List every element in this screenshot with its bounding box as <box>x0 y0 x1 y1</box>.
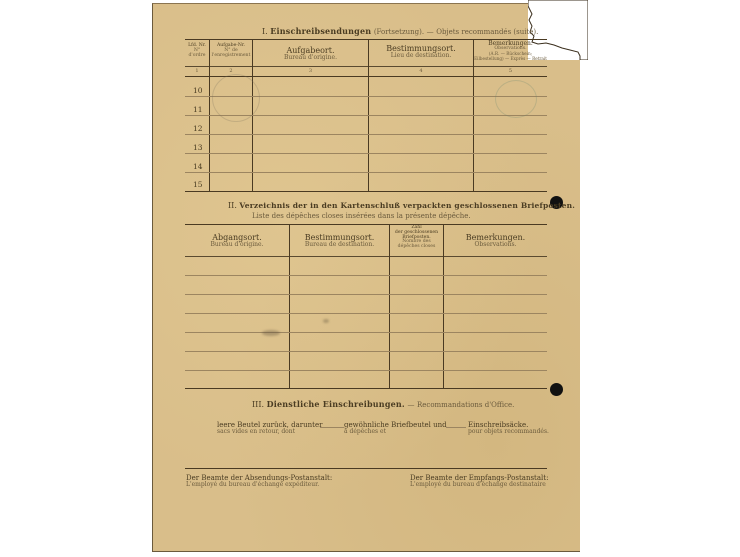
table1-row-line <box>185 153 547 154</box>
table2-row-line <box>185 275 547 276</box>
faint-postmark-stamp <box>495 80 537 118</box>
section1-title: I. Einschreibsendungen (Fortsetzung). — … <box>262 26 538 36</box>
col-number: 1 <box>185 68 209 74</box>
col-number: 2 <box>210 68 252 74</box>
ink-smudge <box>323 319 329 323</box>
section3-title: III. Dienstliche Einschreibungen. — Reco… <box>252 399 514 409</box>
section2-title: II. Verzeichnis der in den Kartenschluß … <box>228 201 575 210</box>
row-number: 11 <box>193 105 203 114</box>
col-number: 3 <box>253 68 368 74</box>
table1-bottom-border <box>185 191 547 192</box>
col-number: 5 <box>474 68 547 74</box>
row-number: 15 <box>193 180 203 189</box>
table2-row-line <box>185 294 547 295</box>
col-header-bemerkungen: Bemerkungen. Observations. <box>444 234 547 249</box>
fill-in-blank <box>446 427 466 428</box>
section3-item-ordinary-bags: gewöhnliche Briefbeutel und à dépêches e… <box>344 421 447 436</box>
table2-row-line <box>185 351 547 352</box>
table2-row-line <box>185 332 547 333</box>
section3-item-registered-bags: Einschreibsäcke. pour objets recommandés… <box>468 421 549 436</box>
table1-row-line <box>185 172 547 173</box>
signature-receiver: Der Beamte der Empfangs-Postanstalt: L'e… <box>410 474 548 489</box>
col-header-aufgabeort: Aufgabeort. Bureau d'origine. <box>253 47 368 62</box>
col-header-abgangsort: Abgangsort. Bureau d'origine. <box>185 234 289 249</box>
signature-divider <box>185 468 547 469</box>
row-number: 12 <box>193 124 203 133</box>
fill-in-blank <box>320 427 344 428</box>
punch-hole <box>550 383 563 396</box>
col-header-lfd-nr: Lfd. Nr. N° d'ordre <box>185 44 209 58</box>
section3-item-empty-bags: leere Beutel zurück, darunter sacs vides… <box>217 421 322 436</box>
table2-top-border <box>185 224 547 225</box>
table2-row-line <box>185 370 547 371</box>
col-header-bemerkungen: Bemerkungen. Observations. (A.R. — Rücks… <box>474 41 547 61</box>
table1-row-line <box>185 134 547 135</box>
col-header-aufgabe-nr: Aufgabe-Nr. N° de l'enregistrement <box>210 44 252 58</box>
table2-header-divider <box>185 256 547 257</box>
col-header-bestimmungsort: Bestimmungsort. Bureau de destination. <box>290 234 389 249</box>
row-number: 14 <box>193 162 203 171</box>
col-number: 4 <box>369 68 473 74</box>
faint-postmark-stamp <box>212 74 260 122</box>
table1-header-divider <box>185 66 547 67</box>
table2-bottom-border <box>185 388 547 389</box>
col-header-bestimmungsort: Bestimmungsort. Lieu de destination. <box>369 45 473 60</box>
row-number: 10 <box>193 86 203 95</box>
section2-subtitle: Liste des dépêches closes insérées dans … <box>252 211 471 220</box>
table2-row-line <box>185 313 547 314</box>
col-header-zahl: Zahl der geschlossenen Briefposten. Nomb… <box>390 226 443 250</box>
row-number: 13 <box>193 143 203 152</box>
ink-smudge <box>262 330 280 336</box>
signature-sender: Der Beamte der Absendungs-Postanstalt: L… <box>186 474 332 489</box>
